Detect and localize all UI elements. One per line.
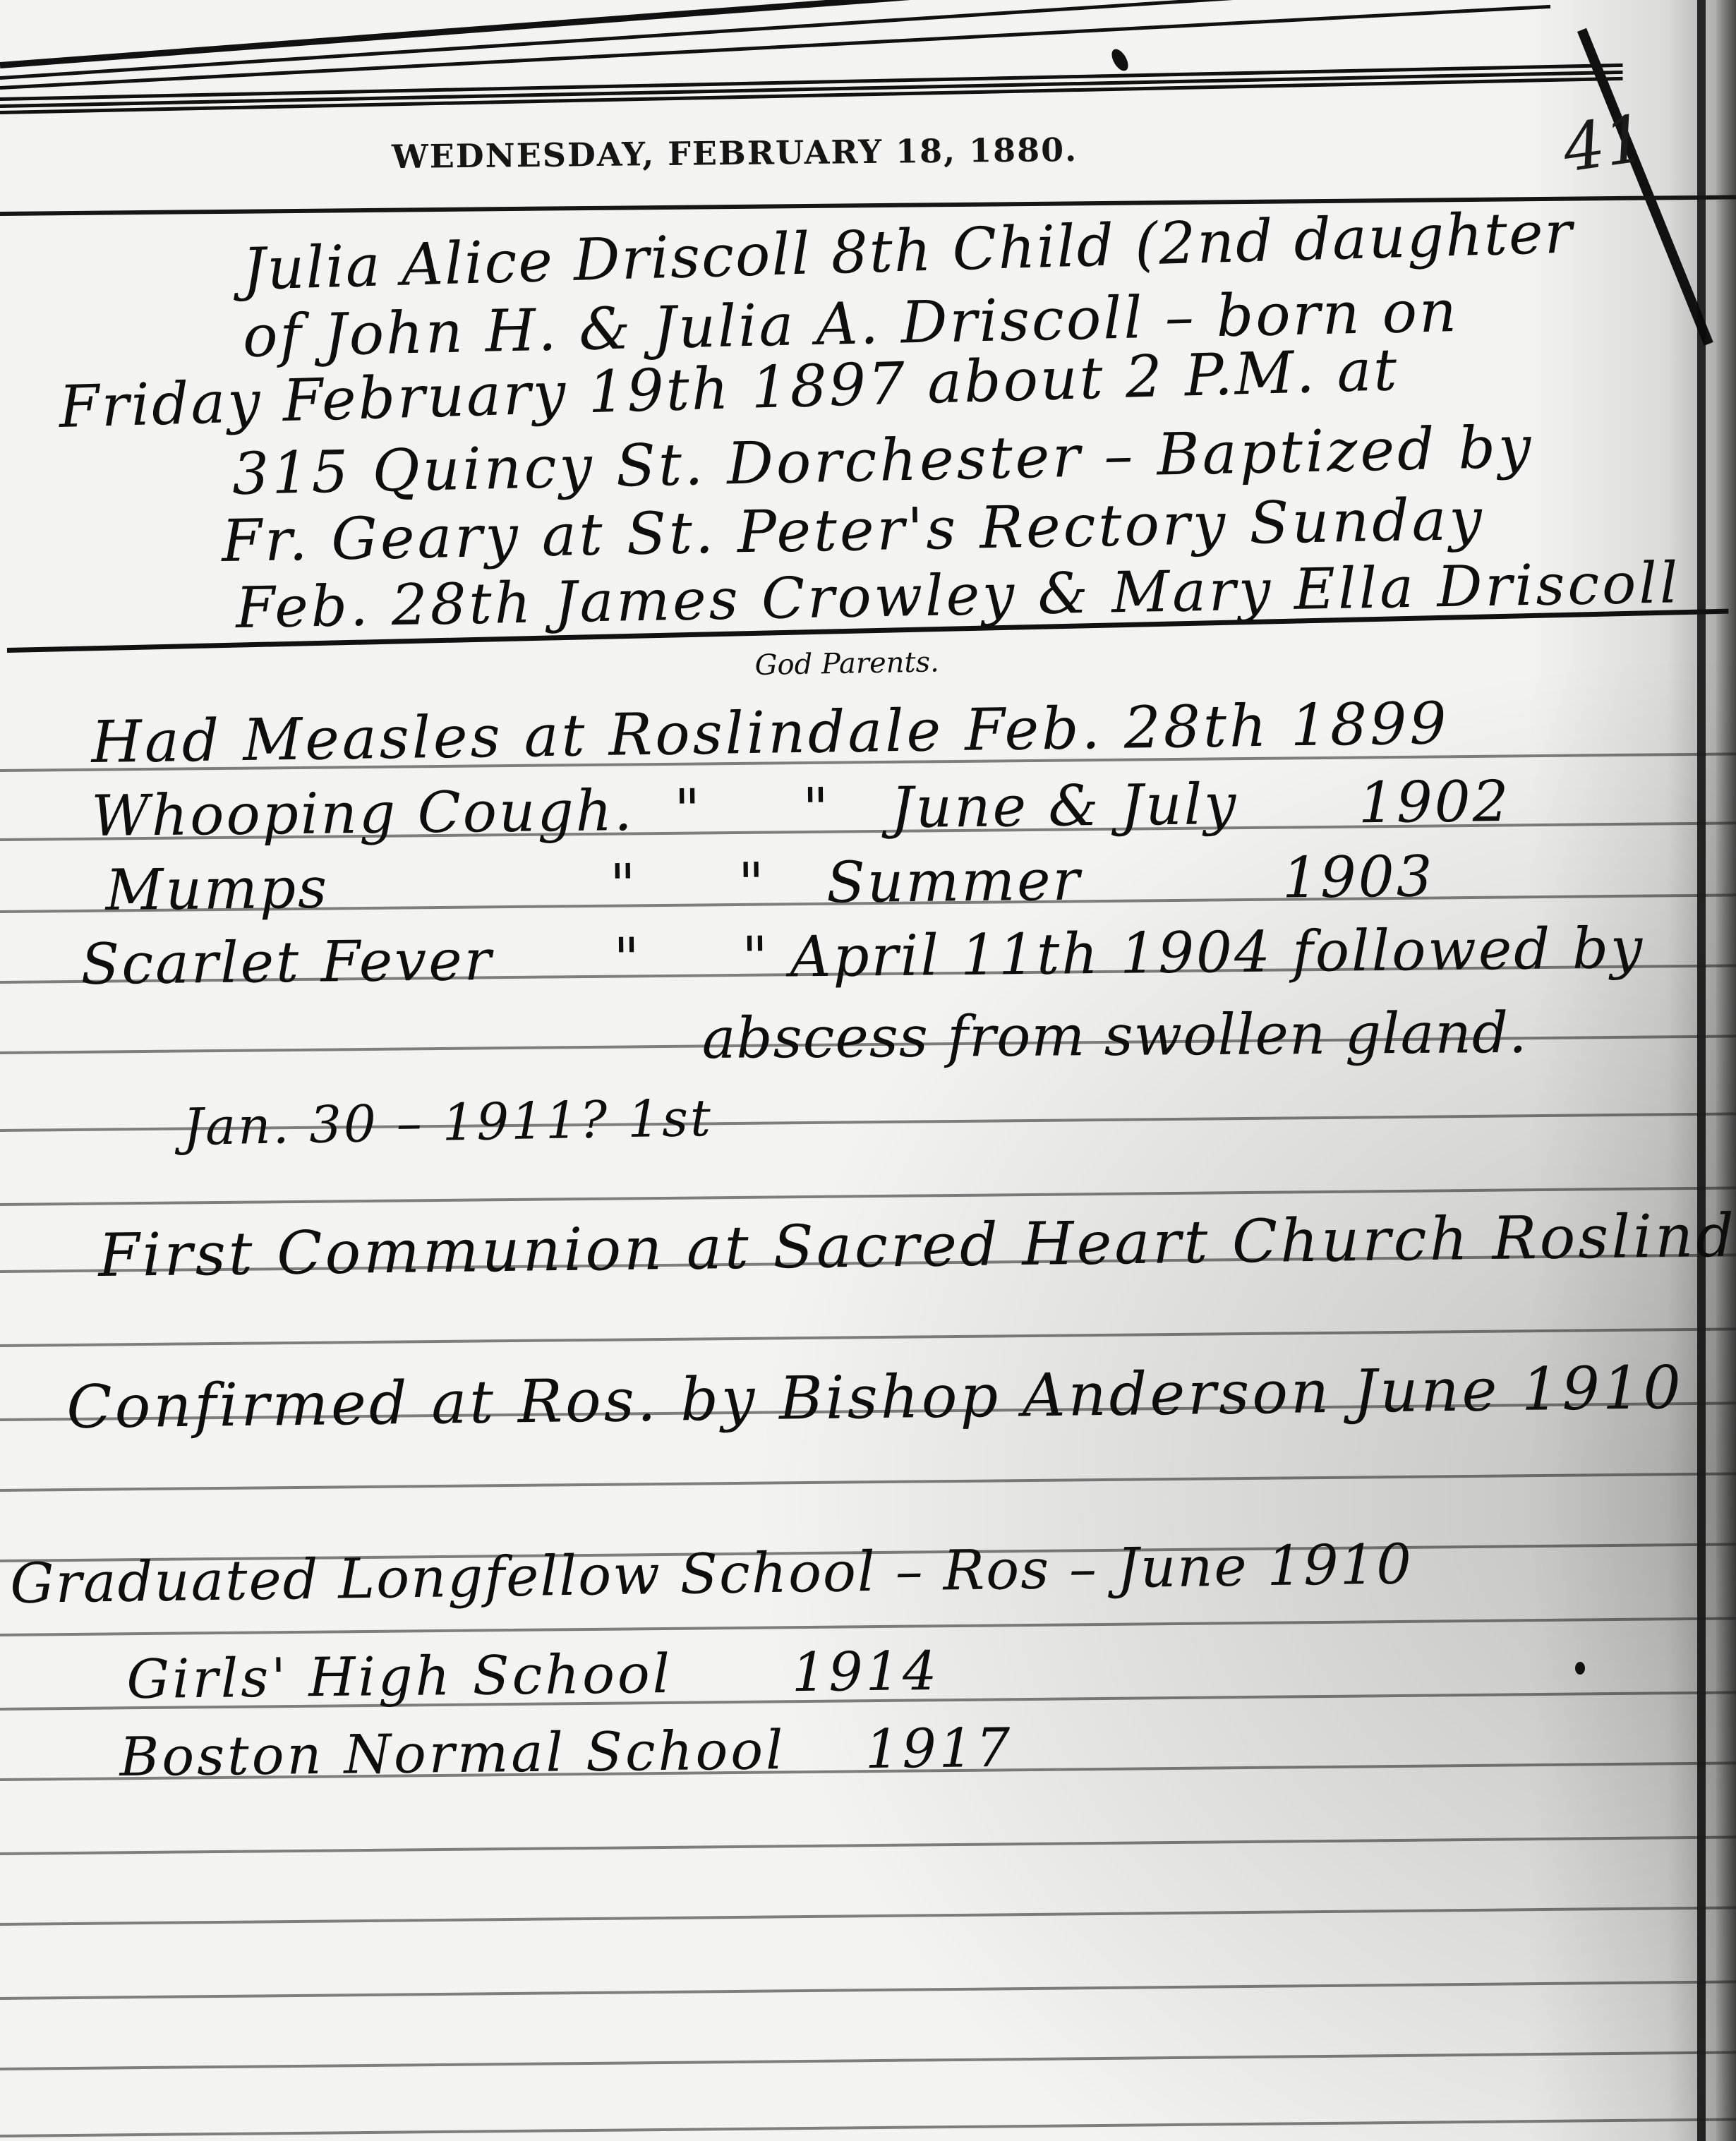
date-heading: WEDNESDAY, FEBRUARY 18, 1880. xyxy=(392,131,1078,176)
ruled-line xyxy=(0,1327,1736,1347)
entry-first-communion: First Communion at Sacred Heart Church R… xyxy=(98,1200,1736,1290)
entry-confirmation: Confirmed at Ros. by Bishop Anderson Jun… xyxy=(66,1353,1684,1442)
ruled-line xyxy=(0,2051,1736,2070)
entry-scarlet-fever-cont: abscess from swollen gland. xyxy=(701,1000,1527,1071)
ink-speck xyxy=(1109,47,1132,73)
diary-page: WEDNESDAY, FEBRUARY 18, 1880. 41 Julia A… xyxy=(0,0,1736,2141)
entry-boston-normal-school: Boston Normal School 1917 xyxy=(119,1716,1013,1788)
ruled-line xyxy=(0,1906,1736,1926)
entry-mumps: Mumps " " Summer 1903 xyxy=(105,843,1435,923)
entry-measles: Had Measles at Roslindale Feb. 28th 1899 xyxy=(91,690,1449,776)
entry-date-note: Jan. 30 – 1911? 1st xyxy=(183,1088,713,1157)
book-top-edge xyxy=(0,0,1550,80)
page-number: 41 xyxy=(1558,100,1651,186)
ruled-line xyxy=(0,1617,1736,1636)
ruled-line xyxy=(0,1980,1736,2000)
ruled-line xyxy=(0,1186,1736,1206)
entry-scarlet-fever: Scarlet Fever " " April 11th 1904 follow… xyxy=(80,915,1645,997)
ruled-line xyxy=(0,1472,1736,1492)
ruled-line xyxy=(0,1835,1736,1855)
page-right-edge xyxy=(1697,0,1706,2141)
entry-whooping-cough: Whooping Cough. " " June & July 1902 xyxy=(91,768,1511,849)
entry-girls-high-school: Girls' High School 1914 xyxy=(126,1639,940,1711)
book-spine-shadow xyxy=(1716,0,1736,2141)
corner-fold xyxy=(1577,28,1713,346)
entry-graduation-longfellow: Graduated Longfellow School – Ros – June… xyxy=(10,1533,1413,1616)
ink-speck xyxy=(1575,1662,1585,1675)
ruled-line xyxy=(0,2118,1736,2137)
godparents-label: God Parents. xyxy=(754,646,939,682)
